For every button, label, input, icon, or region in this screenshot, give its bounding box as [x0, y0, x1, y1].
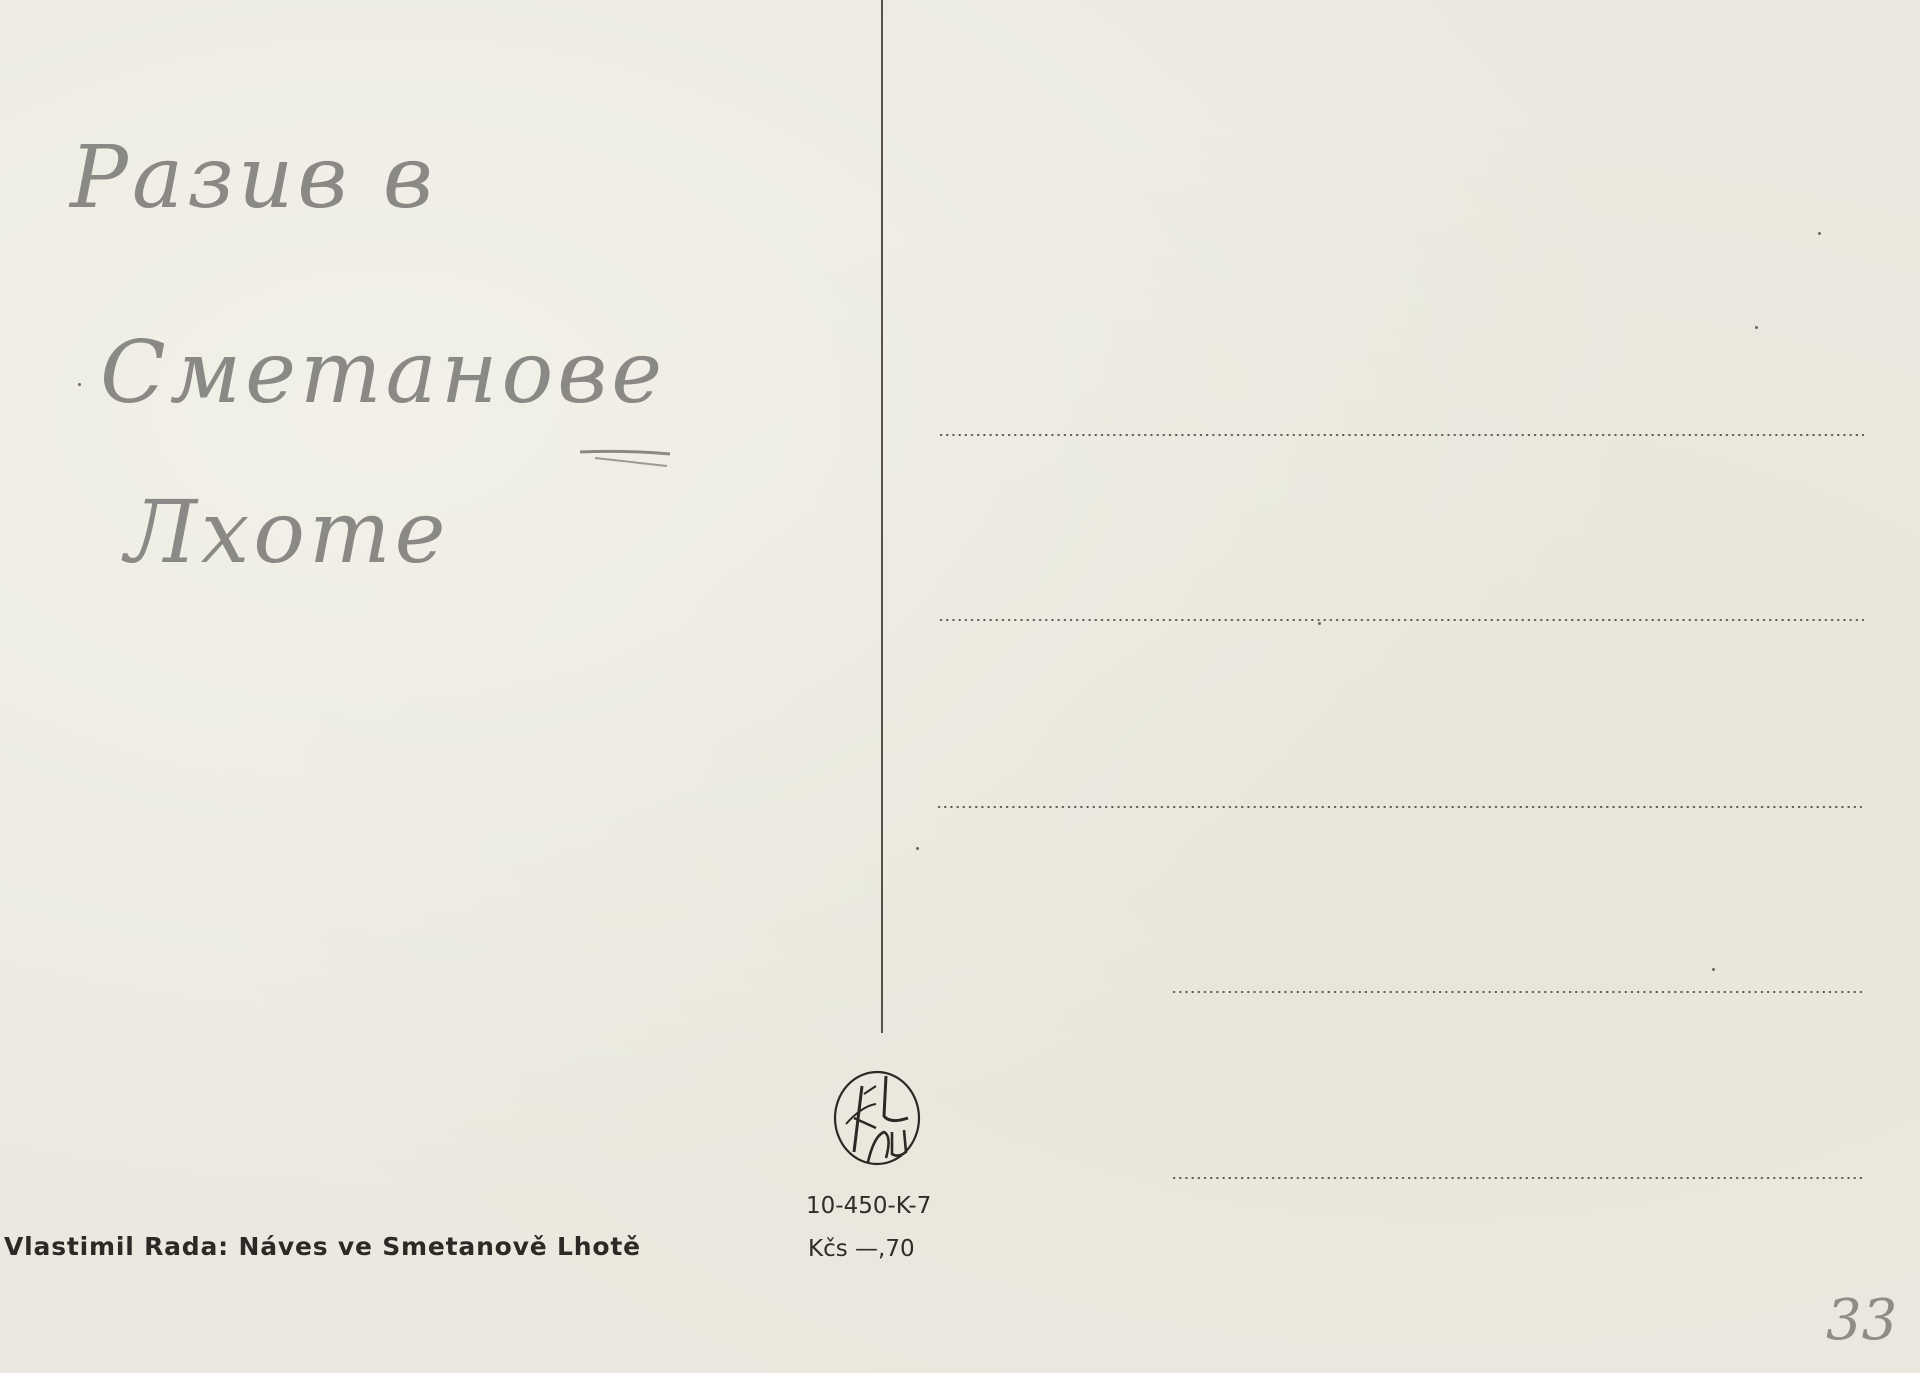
address-line-2	[938, 619, 1864, 621]
paper-speck	[1712, 968, 1715, 971]
handwritten-line-3: Лхоте	[125, 490, 450, 576]
price-label: Kčs —,70	[808, 1236, 948, 1262]
postcard-back: Разив в Сметанове Лхоте 10-450-K-7 Kčs —…	[0, 0, 1920, 1373]
vertical-divider	[881, 0, 883, 1033]
paper-speck	[1755, 326, 1758, 329]
handwritten-line-1: Разив в	[70, 135, 437, 221]
artwork-caption: Vlastimil Rada: Náves ve Smetanově Lhotě	[4, 1232, 641, 1261]
handwritten-line-2: Сметанове	[100, 330, 666, 416]
paper-speck	[1318, 622, 1321, 625]
address-line-5	[1171, 1177, 1863, 1179]
paper-speck	[78, 383, 81, 386]
address-line-1	[938, 434, 1864, 436]
address-line-4	[1171, 991, 1863, 993]
catalog-code: 10-450-K-7	[806, 1193, 946, 1219]
paper-speck	[1818, 232, 1821, 235]
publisher-logo-icon	[832, 1066, 924, 1168]
handwritten-page-number: 33	[1826, 1288, 1897, 1353]
handwritten-underline	[575, 440, 675, 470]
paper-speck	[916, 847, 919, 850]
address-line-3	[936, 806, 1862, 808]
